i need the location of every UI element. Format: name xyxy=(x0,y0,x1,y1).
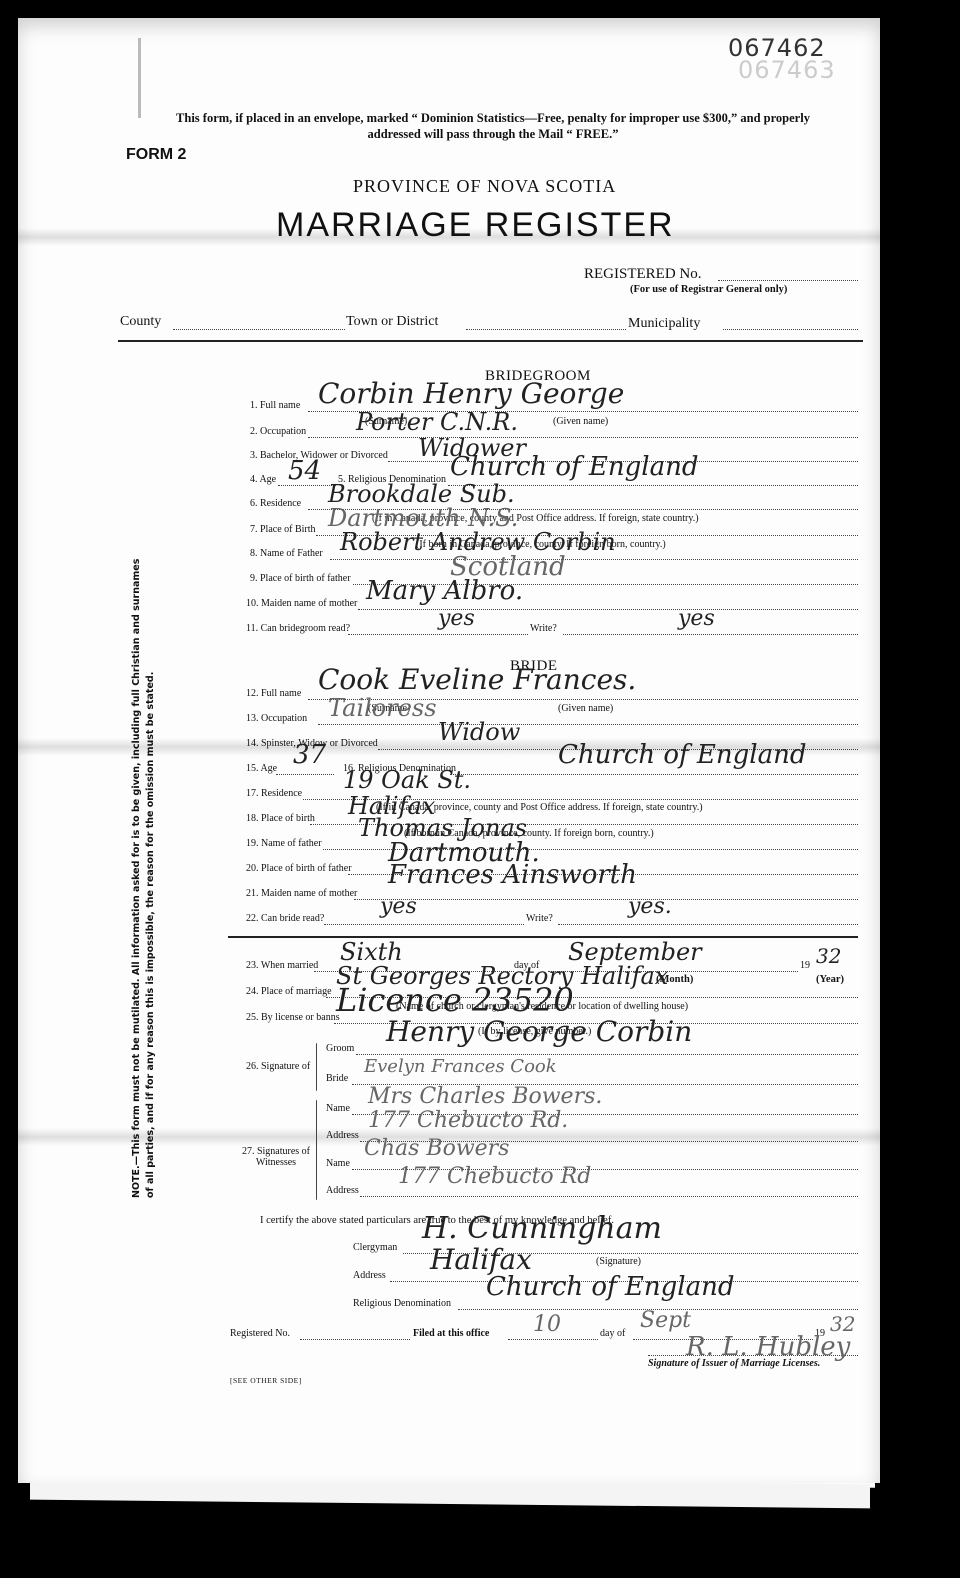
when-married-day[interactable]: Sixth xyxy=(340,940,403,964)
witnesses-brace xyxy=(316,1100,317,1200)
given-name-note: (Given name) xyxy=(558,703,613,714)
groom-father-birthplace-label: 9. Place of birth of father xyxy=(250,573,351,584)
witness2-address-label: Address xyxy=(326,1185,359,1196)
clergyman-signature[interactable]: H. Cunningham xyxy=(422,1214,662,1244)
form-number: FORM 2 xyxy=(126,146,186,164)
groom-write-value[interactable]: yes xyxy=(678,608,715,630)
bride-age-label: 15. Age xyxy=(246,763,277,774)
clergyman-address-label: Address xyxy=(353,1270,386,1281)
groom-residence-label: 6. Residence xyxy=(250,498,301,509)
bride-signature[interactable]: Evelyn Frances Cook xyxy=(364,1058,557,1076)
witness2-address[interactable]: 177 Chebucto Rd xyxy=(398,1166,591,1188)
bride-residence-value[interactable]: 19 Oak St. xyxy=(343,768,471,792)
issuer-signature[interactable]: R. L. Hubley xyxy=(686,1334,850,1360)
bride-read-label: 22. Can bride read? xyxy=(246,913,324,924)
filing-registered-no-label: Registered No. xyxy=(230,1328,290,1339)
section-rule xyxy=(228,936,858,938)
bride-write-label: Write? xyxy=(526,913,553,924)
witness1-address-label: Address xyxy=(326,1130,359,1141)
postage-notice: This form, if placed in an envelope, mar… xyxy=(168,110,818,142)
groom-occupation-line xyxy=(308,437,858,438)
clergyman-address[interactable]: Halifax xyxy=(430,1246,532,1274)
groom-religion-value[interactable]: Church of England xyxy=(450,454,699,480)
groom-mother-value[interactable]: Mary Albro. xyxy=(366,578,523,604)
witness1-name[interactable]: Mrs Charles Bowers. xyxy=(368,1086,602,1108)
year-prefix: 19 xyxy=(800,960,810,971)
bride-residence-label: 17. Residence xyxy=(246,788,302,799)
year-note: (Year) xyxy=(816,974,844,985)
witness2-name-label: Name xyxy=(326,1158,350,1169)
document-number-ghost: 067463 xyxy=(738,56,836,84)
groom-birthplace-label: 7. Place of Birth xyxy=(250,524,316,535)
bride-occupation-label: 13. Occupation xyxy=(246,713,307,724)
groom-full-name-value[interactable]: Corbin Henry George xyxy=(318,380,624,408)
witness2-address-line xyxy=(360,1196,858,1197)
groom-read-label: 11. Can bridegroom read? xyxy=(246,623,350,634)
groom-signature-line xyxy=(356,1054,858,1055)
license-value[interactable]: Licence 23520 xyxy=(336,984,574,1016)
bride-religion-value[interactable]: Church of England xyxy=(558,742,807,768)
registered-no-field[interactable] xyxy=(718,280,858,281)
municipality-label: Municipality xyxy=(628,316,700,332)
bride-write-line xyxy=(558,924,858,925)
bride-full-name-value[interactable]: Cook Eveline Frances. xyxy=(318,666,636,694)
bride-read-line xyxy=(324,924,524,925)
filed-day[interactable]: 10 xyxy=(533,1314,561,1336)
bride-father-value[interactable]: Thomas Jonas xyxy=(358,816,527,840)
place-of-marriage-label: 24. Place of marriage xyxy=(246,986,332,997)
filed-day-line xyxy=(508,1339,598,1340)
groom-age-label: 4. Age xyxy=(250,474,276,485)
filed-label: Filed at this office xyxy=(413,1328,489,1339)
registered-no-label: REGISTERED No. xyxy=(584,266,702,283)
filed-day-of-label: day of xyxy=(600,1328,625,1339)
province-heading: PROVINCE OF NOVA SCOTIA xyxy=(353,176,616,197)
signature-brace xyxy=(316,1043,317,1091)
when-married-label: 23. When married xyxy=(246,960,318,971)
bride-write-value[interactable]: yes. xyxy=(628,896,672,918)
marriage-register-form: 067462 067463 This form, if placed in an… xyxy=(18,18,880,1483)
bride-marital-status-value[interactable]: Widow xyxy=(438,720,520,744)
groom-read-value[interactable]: yes xyxy=(438,608,475,630)
bride-mother-label: 21. Maiden name of mother xyxy=(246,888,357,899)
groom-read-line xyxy=(348,634,528,635)
bride-full-name-label: 12. Full name xyxy=(246,688,301,699)
clergyman-label: Clergyman xyxy=(353,1242,397,1253)
header-rule xyxy=(118,340,863,342)
county-label: County xyxy=(120,314,161,330)
see-other-side: [SEE OTHER SIDE] xyxy=(230,1376,302,1385)
groom-birthplace-value[interactable]: Dartmouth N.S. xyxy=(328,506,518,530)
witness1-address[interactable]: 177 Chebucto Rd. xyxy=(368,1110,568,1132)
groom-signature[interactable]: Henry George Corbin xyxy=(386,1018,692,1046)
county-field[interactable] xyxy=(173,329,345,330)
clergyman-denomination-label: Religious Denomination xyxy=(353,1298,451,1309)
bride-religion-line xyxy=(450,774,858,775)
bride-occupation-line xyxy=(318,724,858,725)
groom-father-line xyxy=(330,559,858,560)
witnesses-label: 27. Signatures of Witnesses xyxy=(236,1146,316,1168)
bride-mother-line xyxy=(354,899,858,900)
page-curl xyxy=(58,38,141,118)
bride-read-value[interactable]: yes xyxy=(380,896,417,918)
groom-age-value[interactable]: 54 xyxy=(288,458,321,484)
bride-father-birthplace-label: 20. Place of birth of father xyxy=(246,863,352,874)
groom-mother-line xyxy=(358,609,858,610)
bride-father-label: 19. Name of father xyxy=(246,838,322,849)
witness1-name-label: Name xyxy=(326,1103,350,1114)
groom-signature-label: Groom xyxy=(326,1043,354,1054)
groom-write-label: Write? xyxy=(530,623,557,634)
bride-age-line xyxy=(276,774,334,775)
bride-birthplace-label: 18. Place of birth xyxy=(246,813,315,824)
bride-mother-value[interactable]: Frances Ainsworth xyxy=(388,862,637,888)
groom-mother-label: 10. Maiden name of mother xyxy=(246,598,357,609)
town-field[interactable] xyxy=(466,329,626,330)
witness2-name[interactable]: Chas Bowers xyxy=(364,1138,509,1160)
groom-father-label: 8. Name of Father xyxy=(250,548,323,559)
groom-full-name-label: 1. Full name xyxy=(250,400,300,411)
page-title: MARRIAGE REGISTER xyxy=(276,206,675,245)
town-label: Town or District xyxy=(346,314,438,330)
given-name-note: (Given name) xyxy=(553,416,608,427)
side-note: NOTE.—This form must not be mutilated. A… xyxy=(130,558,158,1198)
groom-residence-value[interactable]: Brookdale Sub. xyxy=(328,482,515,506)
marriage-year[interactable]: 32 xyxy=(816,946,841,966)
groom-write-line xyxy=(563,634,858,635)
bride-occupation-value[interactable]: Tailoress xyxy=(328,696,437,720)
groom-occupation-label: 2. Occupation xyxy=(250,426,306,437)
bride-age-value[interactable]: 37 xyxy=(293,742,326,768)
issuer-label: Signature of Issuer of Marriage Licenses… xyxy=(648,1358,820,1369)
license-label: 25. By license or banns xyxy=(246,1012,340,1023)
filed-year[interactable]: 32 xyxy=(830,1314,855,1334)
clergyman-denomination[interactable]: Church of England xyxy=(486,1274,735,1300)
signature-note: (Signature) xyxy=(596,1256,641,1267)
groom-occupation-value[interactable]: Porter C.N.R. xyxy=(356,410,518,434)
signature-of-label: 26. Signature of xyxy=(246,1061,310,1072)
filed-month[interactable]: Sept xyxy=(640,1310,691,1332)
registered-no-note: (For use of Registrar General only) xyxy=(630,284,787,295)
groom-father-value[interactable]: Robert Andrew Corbin xyxy=(340,530,616,554)
marriage-month[interactable]: September xyxy=(568,940,702,964)
filing-registered-no-field[interactable] xyxy=(300,1339,410,1340)
bride-signature-label: Bride xyxy=(326,1073,348,1084)
municipality-field[interactable] xyxy=(723,329,858,330)
